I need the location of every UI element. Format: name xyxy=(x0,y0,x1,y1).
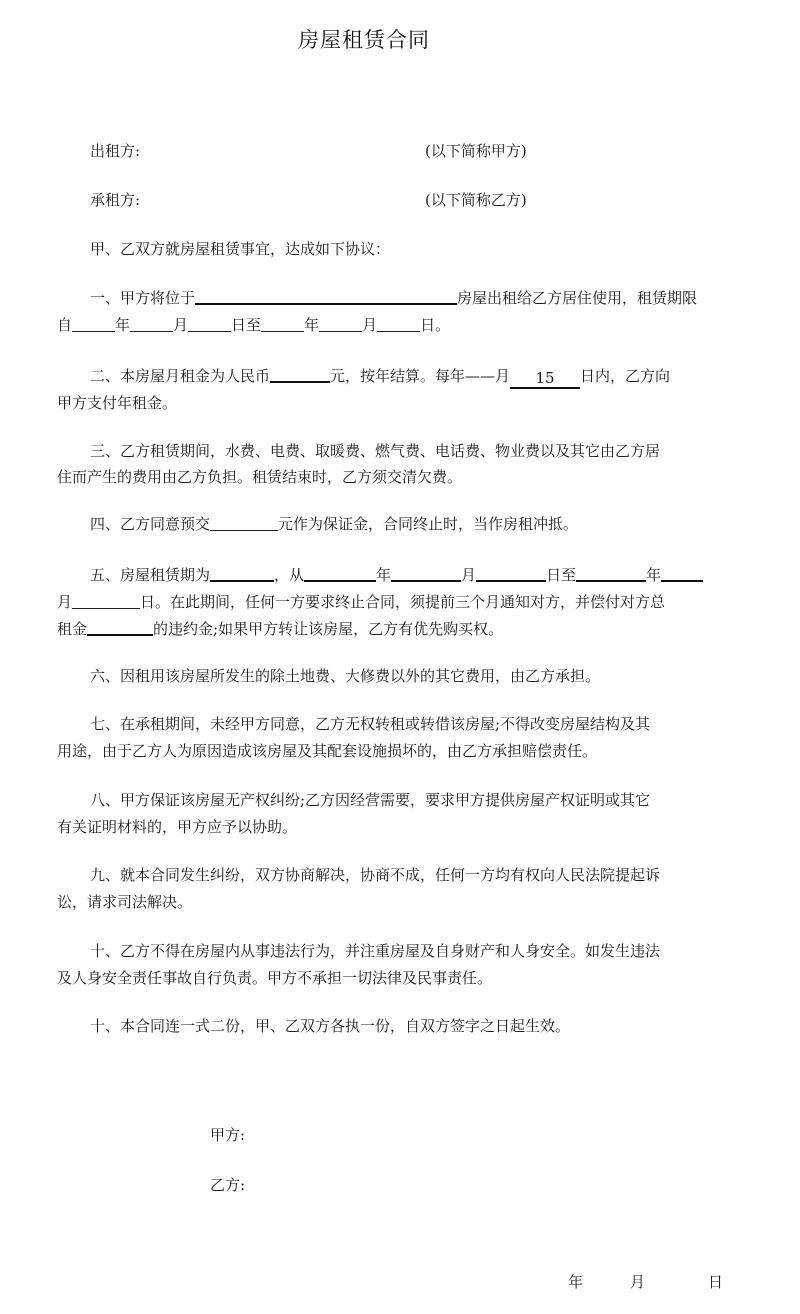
clause-10-line-1: 十、乙方不得在房屋内从事违法行为，并注重房屋及自身财产和人身安全。如发生违法 xyxy=(90,937,660,965)
start-year-blank[interactable] xyxy=(72,313,115,332)
month-label: 月 xyxy=(57,593,72,611)
clause-4-text-a: 四、乙方同意预交 xyxy=(90,515,210,533)
clause-5-rent-label: 租金 xyxy=(57,620,87,638)
clause-9-line-1: 九、就本合同发生纠纷，双方协商解决，协商不成，任何一方均有权向人民法院提起诉 xyxy=(90,861,660,889)
month-label: 月 xyxy=(362,316,377,334)
clause-2-text-b: 元，按年结算。每年——月 xyxy=(330,367,510,385)
clause-10-line-2: 及人身安全责任事故自行负责。甲方不承担一切法律及民事责任。 xyxy=(57,964,492,992)
sign-date-month: 月 xyxy=(630,1268,645,1296)
year-label: 年 xyxy=(304,316,319,334)
clause-5-line-2: 月日。在此期间，任何一方要求终止合同，须提前三个月通知对方，并偿付对方总 xyxy=(57,588,665,616)
clause-4-line-1: 四、乙方同意预交元作为保证金，合同终止时，当作房租冲抵。 xyxy=(90,510,578,538)
clause-6-line-1: 六、因租用该房屋所发生的除土地费、大修费以外的其它费用，由乙方承担。 xyxy=(90,662,600,690)
clause-2-text-c: 日内，乙方向 xyxy=(580,367,670,385)
clause-7-line-2: 用途，由于乙方人为原因造成该房屋及其配套设施损坏的，由乙方承担赔偿责任。 xyxy=(57,737,597,765)
from-month-blank[interactable] xyxy=(391,562,461,582)
property-address-blank[interactable] xyxy=(195,285,457,305)
clause-1-text-a: 一、甲方将位于 xyxy=(90,289,195,307)
clause-2-line-1: 二、本房屋月租金为人民币元，按年结算。每年——月15日内，乙方向 xyxy=(90,362,670,390)
penalty-blank[interactable] xyxy=(87,616,153,636)
clause-7-line-1: 七、在承租期间，未经甲方同意，乙方无权转租或转借该房屋;不得改变房屋结构及其 xyxy=(90,710,650,738)
payment-day-field[interactable]: 15 xyxy=(510,369,580,389)
lease-term-blank[interactable] xyxy=(210,562,274,582)
end-year-blank[interactable] xyxy=(261,313,304,332)
clause-8-line-1: 八、甲方保证该房屋无产权纠纷;乙方因经营需要，要求甲方提供房屋产权证明或其它 xyxy=(90,786,650,814)
start-day-blank[interactable] xyxy=(188,313,231,332)
clause-8-line-2: 有关证明材料的，甲方应予以协助。 xyxy=(57,813,297,841)
lessor-note: (以下简称甲方) xyxy=(425,137,527,165)
clause-1-from: 自 xyxy=(57,316,72,334)
lessee-note: (以下简称乙方) xyxy=(425,186,527,214)
from-day-blank[interactable] xyxy=(476,562,546,582)
clause-2-line-2: 甲方支付年租金。 xyxy=(57,389,177,417)
month-label: 月 xyxy=(173,316,188,334)
clause-5-text-l3: 的违约金;如果甲方转让该房屋，乙方有优先购买权。 xyxy=(153,620,503,638)
sign-date-year: 年 xyxy=(568,1268,583,1296)
monthly-rent-blank[interactable] xyxy=(270,363,330,383)
clause-4-text-b: 元作为保证金，合同终止时，当作房租冲抵。 xyxy=(278,515,578,533)
start-month-blank[interactable] xyxy=(130,313,173,332)
clause-1-text-b: 房屋出租给乙方居住使用，租赁期限 xyxy=(457,289,697,307)
year-label: 年 xyxy=(115,316,130,334)
year-label: 年 xyxy=(376,566,391,584)
from-year-blank[interactable] xyxy=(304,562,376,582)
clause-9-line-2: 讼，请求司法解决。 xyxy=(57,888,192,916)
clause-1-line-2: 自年月日至年月日。 xyxy=(57,311,450,339)
clause-5-line-3: 租金的违约金;如果甲方转让该房屋，乙方有优先购买权。 xyxy=(57,615,503,643)
clause-5-text-a: 五、房屋租赁期为 xyxy=(90,566,210,584)
to-year-blank[interactable] xyxy=(576,562,646,582)
clause-1-line-1: 一、甲方将位于房屋出租给乙方居住使用，租赁期限 xyxy=(90,284,697,312)
document-title: 房屋租赁合同 xyxy=(0,24,728,54)
to-day-blank[interactable] xyxy=(72,590,140,609)
sign-date-day: 日 xyxy=(708,1268,723,1296)
intro-text: 甲、乙双方就房屋租赁事宜，达成如下协议： xyxy=(90,235,390,263)
month-label: 月 xyxy=(461,566,476,584)
end-month-blank[interactable] xyxy=(319,313,362,332)
to-month-blank-start[interactable] xyxy=(661,562,703,582)
day-to-label: 日至 xyxy=(546,566,576,584)
clause-5-from: ，从 xyxy=(274,566,304,584)
party-a-signature[interactable]: 甲方: xyxy=(210,1121,245,1149)
lessor-label: 出租方: xyxy=(90,137,140,165)
clause-2-text-a: 二、本房屋月租金为人民币 xyxy=(90,367,270,385)
clause-3-line-2: 住而产生的费用由乙方负担。租赁结束时，乙方须交清欠费。 xyxy=(57,463,462,491)
year-label: 年 xyxy=(646,566,661,584)
clause-5-line-1: 五、房屋租赁期为，从年月日至年 xyxy=(90,561,703,589)
lessee-label: 承租方: xyxy=(90,186,140,214)
deposit-blank[interactable] xyxy=(210,512,278,531)
end-day-blank[interactable] xyxy=(377,313,420,332)
clause-3-line-1: 三、乙方租赁期间，水费、电费、取暖费、燃气费、电话费、物业费以及其它由乙方居 xyxy=(90,437,660,465)
party-b-signature[interactable]: 乙方: xyxy=(210,1171,245,1199)
clause-5-text-l2: 日。在此期间，任何一方要求终止合同，须提前三个月通知对方，并偿付对方总 xyxy=(140,593,665,611)
day-to-label: 日至 xyxy=(231,316,261,334)
clause-11-line-1: 十、本合同连一式二份，甲、乙双方各执一份，自双方签字之日起生效。 xyxy=(90,1012,570,1040)
day-label: 日。 xyxy=(420,316,450,334)
